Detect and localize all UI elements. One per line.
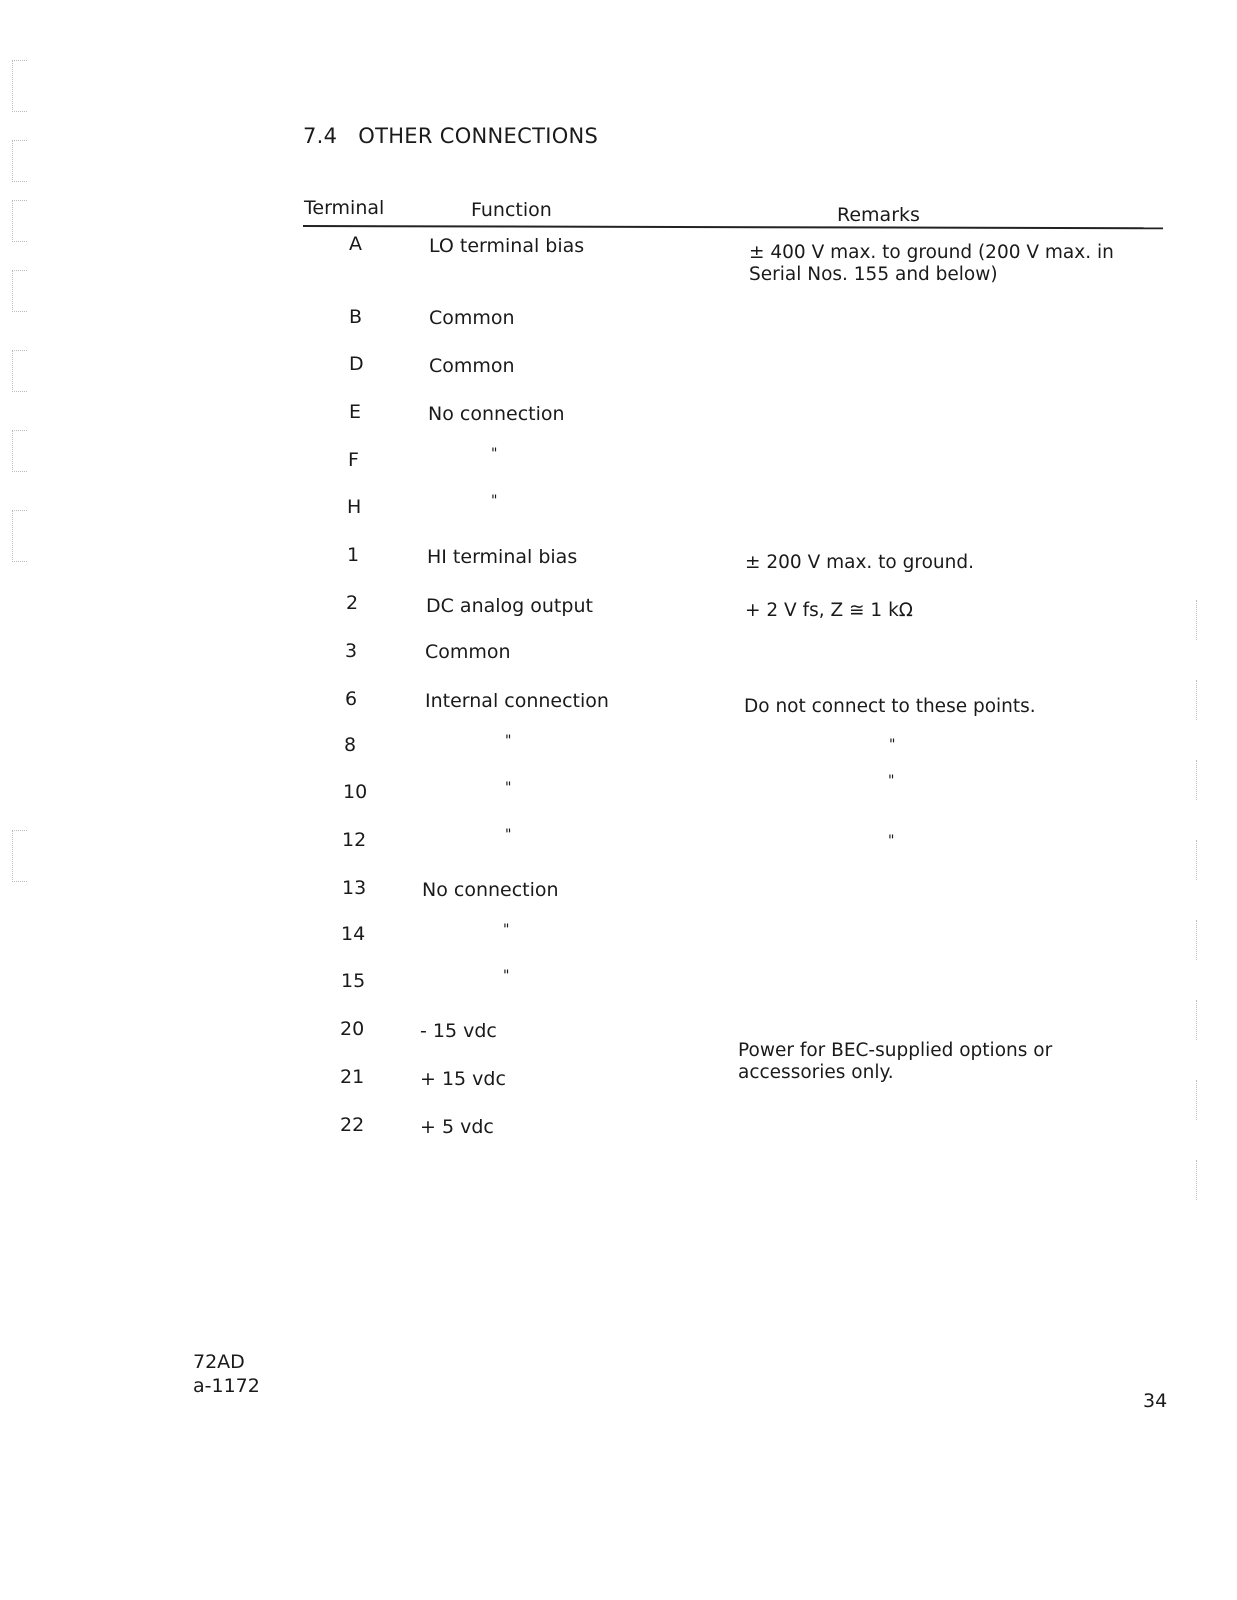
terminal-cell: 20: [340, 1018, 364, 1040]
terminal-cell: 10: [343, 781, 367, 803]
margin-artifact: [1196, 1160, 1198, 1200]
footer-doc-code: 72AD a-1172: [193, 1350, 260, 1398]
ditto-mark: ": [888, 773, 894, 789]
remarks-cell: Do not connect to these points.: [744, 696, 1036, 717]
page-number: 34: [1143, 1390, 1167, 1412]
terminal-cell: 21: [340, 1066, 364, 1088]
section-number: 7.4: [303, 124, 337, 148]
terminal-cell: E: [349, 401, 361, 423]
footer-model: 72AD: [193, 1350, 260, 1374]
margin-artifact: [1196, 1000, 1198, 1040]
ditto-mark: ": [505, 827, 511, 843]
ditto-mark: ": [505, 780, 511, 796]
column-header-terminal: Terminal: [304, 197, 384, 219]
function-cell: HI terminal bias: [427, 546, 577, 568]
margin-artifact: [12, 350, 27, 392]
margin-artifact: [12, 200, 27, 242]
function-cell: No connection: [428, 403, 565, 425]
margin-artifact: [12, 830, 27, 882]
margin-artifact: [1196, 680, 1198, 720]
function-cell: Common: [429, 307, 515, 329]
margin-artifact: [1196, 920, 1198, 960]
margin-artifact: [12, 510, 27, 562]
terminal-cell: 2: [346, 592, 358, 614]
function-cell: DC analog output: [426, 595, 593, 617]
function-cell: Common: [429, 355, 515, 377]
margin-artifact: [12, 430, 27, 472]
terminal-cell: H: [347, 496, 361, 518]
remarks-cell: + 2 V fs, Z ≅ 1 kΩ: [745, 600, 913, 621]
terminal-cell: F: [348, 449, 359, 471]
ditto-mark: ": [491, 493, 497, 509]
terminal-cell: 12: [342, 829, 366, 851]
terminal-cell: 14: [341, 923, 365, 945]
column-header-remarks: Remarks: [837, 204, 920, 226]
margin-artifact: [1196, 600, 1198, 640]
margin-artifact: [1196, 840, 1198, 880]
function-cell: - 15 vdc: [420, 1020, 497, 1042]
margin-artifact: [12, 140, 27, 182]
function-cell: + 15 vdc: [420, 1068, 506, 1090]
remarks-cell: ± 400 V max. to ground (200 V max. in Se…: [749, 242, 1169, 286]
margin-artifact: [12, 270, 27, 312]
function-cell: + 5 vdc: [420, 1116, 494, 1138]
margin-artifact: [1196, 1080, 1198, 1120]
terminal-cell: 8: [344, 734, 356, 756]
ditto-mark: ": [889, 737, 895, 753]
terminal-cell: 22: [340, 1114, 364, 1136]
terminal-cell: 3: [345, 640, 357, 662]
function-cell: Internal connection: [425, 690, 609, 712]
ditto-mark: ": [888, 833, 894, 849]
ditto-mark: ": [505, 733, 511, 749]
ditto-mark: ": [503, 922, 509, 938]
terminal-cell: B: [349, 306, 362, 328]
footer-code: a-1172: [193, 1374, 260, 1398]
terminal-cell: 13: [342, 877, 366, 899]
margin-artifact: [12, 60, 27, 112]
terminal-cell: A: [349, 233, 362, 255]
ditto-mark: ": [503, 968, 509, 984]
function-cell: No connection: [422, 879, 559, 901]
function-cell: Common: [425, 641, 511, 663]
terminal-cell: 1: [347, 544, 359, 566]
function-cell: LO terminal bias: [429, 235, 584, 257]
section-title: OTHER CONNECTIONS: [358, 124, 598, 148]
header-rule: [303, 225, 1163, 229]
remarks-cell: ± 200 V max. to ground.: [745, 552, 974, 573]
column-header-function: Function: [471, 199, 552, 221]
ditto-mark: ": [491, 446, 497, 462]
section-heading: 7.4 OTHER CONNECTIONS: [303, 124, 598, 148]
terminal-cell: 6: [345, 688, 357, 710]
terminal-cell: 15: [341, 970, 365, 992]
terminal-cell: D: [349, 353, 364, 375]
margin-artifact: [1196, 760, 1198, 800]
power-remark: Power for BEC-supplied options or access…: [738, 1040, 1098, 1084]
